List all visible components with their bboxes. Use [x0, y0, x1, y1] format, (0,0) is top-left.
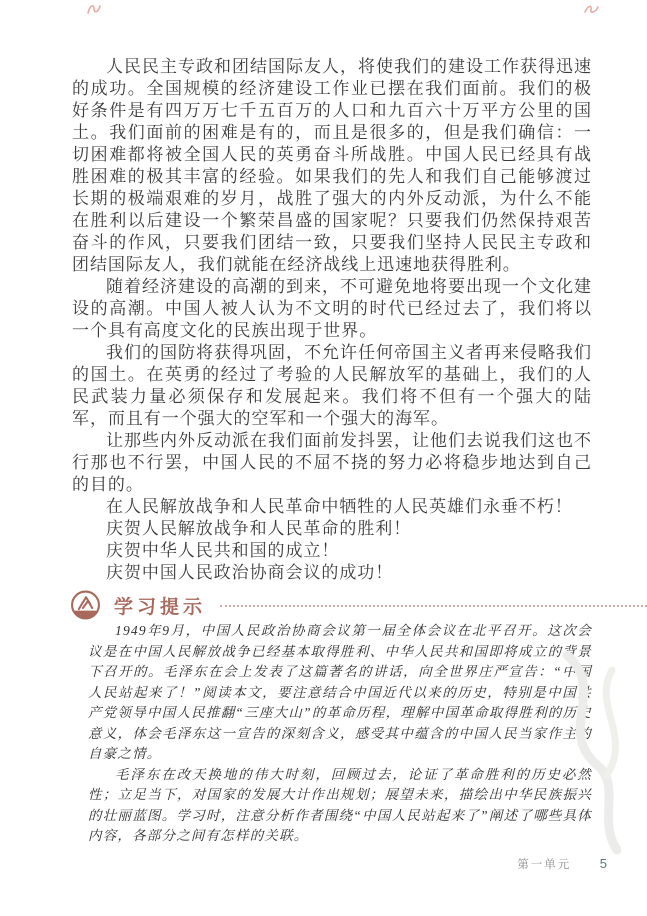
study-tips-heading: 学习提示 — [114, 592, 206, 619]
dotted-leader-line — [220, 605, 647, 607]
slogan-line-2: 庆贺人民解放战争和人民革命的胜利！ — [72, 518, 592, 540]
page-footer: 第一单元 5 — [72, 855, 607, 873]
slogan-line-4: 庆贺中国人民政治协商会议的成功！ — [72, 562, 592, 584]
unit-label: 第一单元 — [517, 859, 571, 871]
study-tips-logo-icon — [70, 590, 101, 621]
speech-paragraph-1: 人民民主专政和团结国际友人，将使我们的建设工作获得迅速的成功。全国规模的经济建设… — [72, 56, 592, 276]
slogan-line-3: 庆贺中华人民共和国的成立！ — [72, 540, 592, 562]
speech-paragraph-2: 随着经济建设的高潮的到来，不可避免地将要出现一个文化建设的高潮。中国人被人认为不… — [72, 276, 592, 342]
speech-paragraph-4: 让那些内外反动派在我们面前发抖罢，让他们去说我们这也不行那也不行罢，中国人民的不… — [72, 430, 592, 496]
corner-mark-left-icon — [86, 2, 104, 16]
study-tips-paragraph-1: 1949年9月，中国人民政治协商会议第一届全体会议在北平召开。这次会议是在中国人… — [88, 621, 592, 765]
study-tips-paragraph-2: 毛泽东在改天换地的伟大时刻，回顾过去，论证了革命胜利的历史必然性；立足当下，对国… — [88, 765, 592, 847]
study-tips-header: 学习提示 — [70, 589, 647, 621]
page-number: 5 — [600, 856, 607, 871]
study-tips-body: 1949年9月，中国人民政治协商会议第一届全体会议在北平召开。这次会议是在中国人… — [88, 621, 592, 847]
speech-text-block: 人民民主专政和团结国际友人，将使我们的建设工作获得迅速的成功。全国规模的经济建设… — [72, 56, 592, 584]
slogan-line-1: 在人民解放战争和人民革命中牺牲的人民英雄们永垂不朽！ — [72, 496, 592, 518]
speech-paragraph-3: 我们的国防将获得巩固，不允许任何帝国主义者再来侵略我们的国土。在英勇的经过了考验… — [72, 342, 592, 430]
corner-mark-right-icon — [583, 2, 601, 16]
textbook-page: 人民民主专政和团结国际友人，将使我们的建设工作获得迅速的成功。全国规模的经济建设… — [0, 0, 647, 916]
